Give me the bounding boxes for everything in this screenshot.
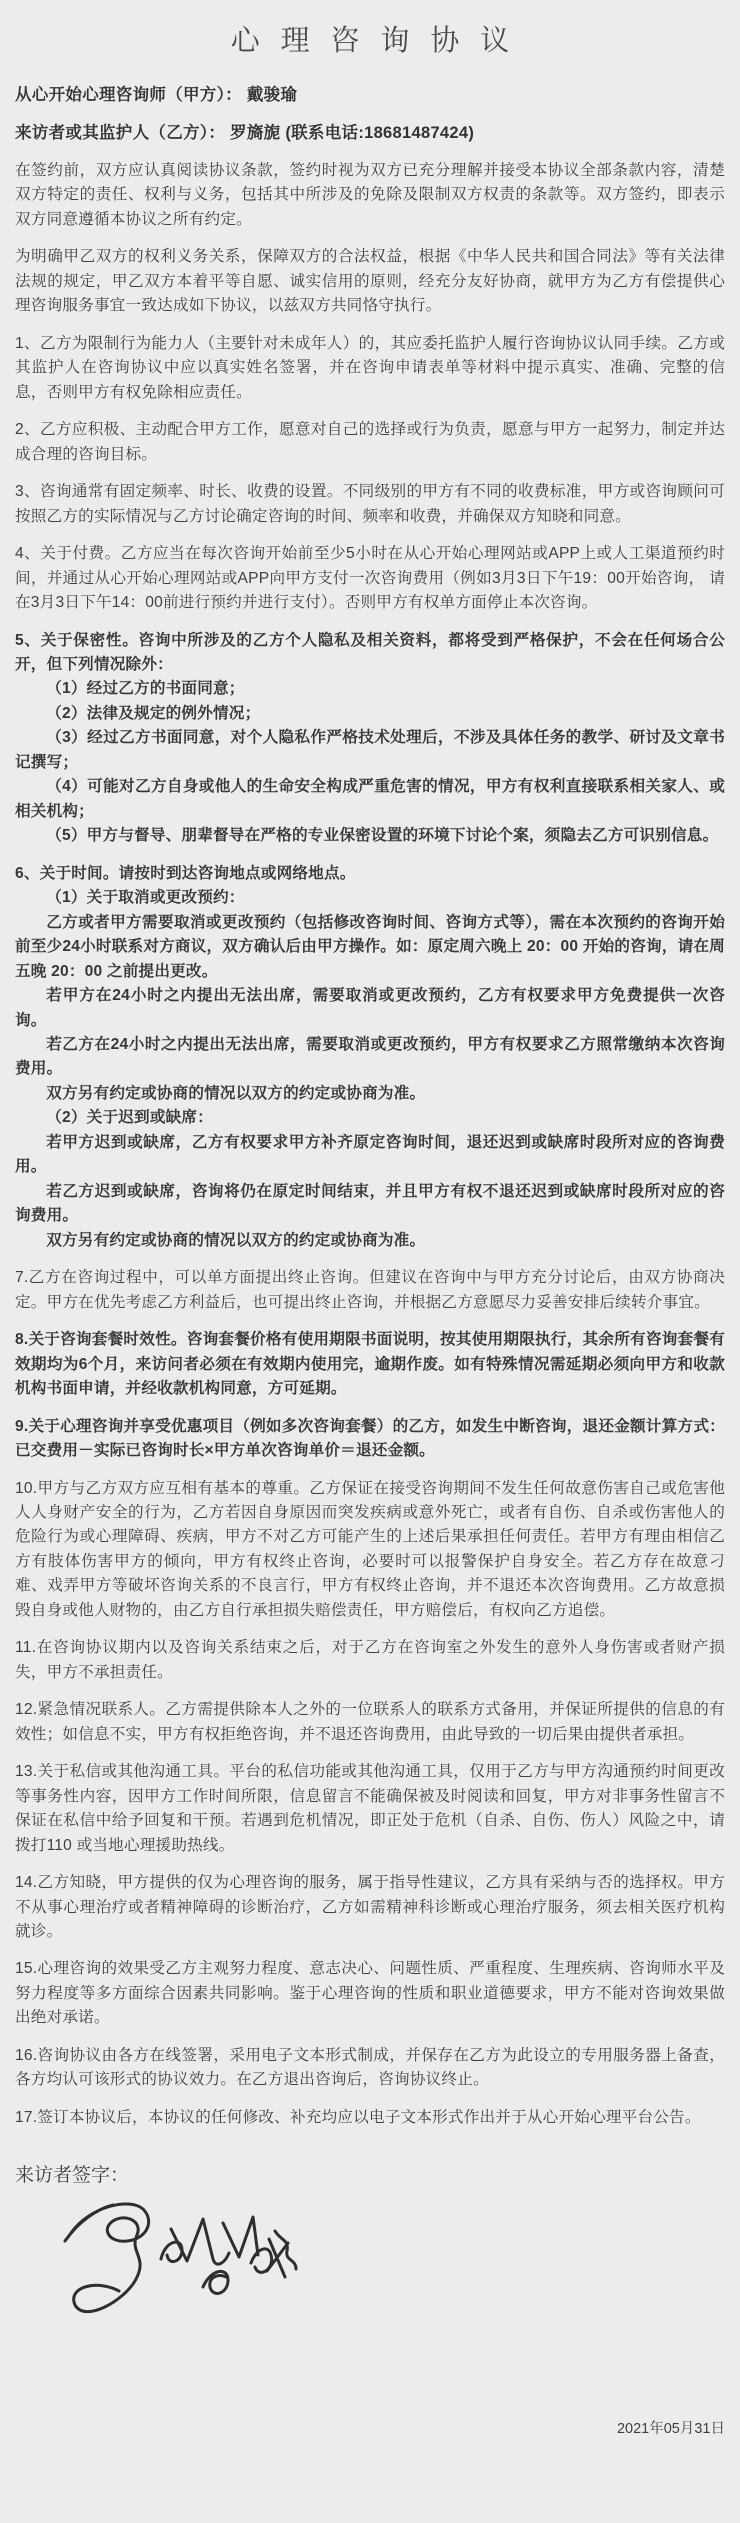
handwritten-signature <box>55 2195 725 2335</box>
clause-group: 17.签订本协议后，本协议的任何修改、补充均应以电子文本形式作出并于从心开始心理… <box>15 2106 725 2130</box>
paragraph: 3、咨询通常有固定频率、时长、收费的设置。不同级别的甲方有不同的收费标准，甲方或… <box>15 480 725 529</box>
clause-group: 1、乙方为限制行为能力人（主要针对未成年人）的，其应委托监护人履行咨询协议认同手… <box>15 332 725 405</box>
visitor-signature-label: 来访者签字： <box>15 2160 725 2187</box>
document-title: 心理咨询协议 <box>15 18 725 59</box>
paragraph: 若甲方迟到或缺席，乙方有权要求甲方补齐原定咨询时间，退还迟到或缺席时段所对应的咨… <box>15 1131 725 1180</box>
paragraph: 16.咨询协议由各方在线签署，采用电子文本形式制成，并保存在乙方为此设立的专用服… <box>15 2044 725 2093</box>
paragraph: 6、关于时间。请按时到达咨询地点或网络地点。 <box>15 862 725 886</box>
paragraph: 乙方或者甲方需要取消或更改预约（包括修改咨询时间、咨询方式等），需在本次预约的咨… <box>15 911 725 984</box>
party-a-line: 从心开始心理咨询师（甲方）： 戴骏瑜 <box>15 81 725 105</box>
clause-group: 7.乙方在咨询过程中，可以单方面提出终止咨询。但建议在咨询中与甲方充分讨论后，由… <box>15 1266 725 1315</box>
paragraph: （4）可能对乙方自身或他人的生命安全构成严重危害的情况，甲方有权利直接联系相关家… <box>15 775 725 824</box>
clause-group: 16.咨询协议由各方在线签署，采用电子文本形式制成，并保存在乙方为此设立的专用服… <box>15 2044 725 2093</box>
paragraph: 9.关于心理咨询并享受优惠项目（例如多次咨询套餐）的乙方，如发生中断咨询，退还金… <box>15 1415 725 1464</box>
paragraph: 若甲方在24小时之内提出无法出席，需要取消或更改预约，乙方有权要求甲方免费提供一… <box>15 984 725 1033</box>
paragraph: （5）甲方与督导、朋辈督导在严格的专业保密设置的环境下讨论个案，须隐去乙方可识别… <box>15 824 725 848</box>
paragraph: 11.在咨询协议期内以及咨询关系结束之后，对于乙方在咨询室之外发生的意外人身伤害… <box>15 1636 725 1685</box>
paragraph: （1）经过乙方的书面同意； <box>15 677 725 701</box>
clause-group: 9.关于心理咨询并享受优惠项目（例如多次咨询套餐）的乙方，如发生中断咨询，退还金… <box>15 1415 725 1464</box>
clause-group: 8.关于咨询套餐时效性。咨询套餐价格有使用期限书面说明，按其使用期限执行，其余所… <box>15 1328 725 1401</box>
paragraph: （3）经过乙方书面同意，对个人隐私作严格技术处理后，不涉及具体任务的教学、研讨及… <box>15 726 725 775</box>
paragraph: 10.甲方与乙方双方应互相有基本的尊重。乙方保证在接受咨询期间不发生任何故意伤害… <box>15 1477 725 1624</box>
clause-group: 12.紧急情况联系人。乙方需提供除本人之外的一位联系人的联系方式备用，并保证所提… <box>15 1698 725 1747</box>
paragraph: 4、关于付费。乙方应当在每次咨询开始前至少5小时在从心开始心理网站或APP上或人… <box>15 542 725 615</box>
paragraph: 双方另有约定或协商的情况以双方的约定或协商为准。 <box>15 1082 725 1106</box>
signing-date: 2021年05月31日 <box>15 2417 725 2438</box>
paragraph: 12.紧急情况联系人。乙方需提供除本人之外的一位联系人的联系方式备用，并保证所提… <box>15 1698 725 1747</box>
clause-group: 14.乙方知晓，甲方提供的仅为心理咨询的服务，属于指导性建议，乙方具有采纳与否的… <box>15 1871 725 1944</box>
clause-group: 4、关于付费。乙方应当在每次咨询开始前至少5小时在从心开始心理网站或APP上或人… <box>15 542 725 615</box>
paragraph: 5、关于保密性。咨询中所涉及的乙方个人隐私及相关资料，都将受到严格保护，不会在任… <box>15 629 725 678</box>
clause-group: 10.甲方与乙方双方应互相有基本的尊重。乙方保证在接受咨询期间不发生任何故意伤害… <box>15 1477 725 1624</box>
clause-group: 6、关于时间。请按时到达咨询地点或网络地点。（1）关于取消或更改预约：乙方或者甲… <box>15 862 725 1254</box>
paragraph: 15.心理咨询的效果受乙方主观努力程度、意志决心、问题性质、严重程度、生理疾病、… <box>15 1957 725 2030</box>
clause-group: 2、乙方应积极、主动配合甲方工作，愿意对自己的选择或行为负责，愿意与甲方一起努力… <box>15 418 725 467</box>
paragraph: 13.关于私信或其他沟通工具。平台的私信功能或其他沟通工具，仅用于乙方与甲方沟通… <box>15 1760 725 1858</box>
clause-group: 在签约前，双方应认真阅读协议条款，签约时视为双方已充分理解并接受本协议全部条款内… <box>15 159 725 232</box>
paragraph: 14.乙方知晓，甲方提供的仅为心理咨询的服务，属于指导性建议，乙方具有采纳与否的… <box>15 1871 725 1944</box>
paragraph: 若乙方迟到或缺席，咨询将仍在原定时间结束，并且甲方有权不退还迟到或缺席时段所对应… <box>15 1180 725 1229</box>
paragraph: 为明确甲乙双方的权利义务关系，保障双方的合法权益，根据《中华人民共和国合同法》等… <box>15 245 725 318</box>
paragraph: 在签约前，双方应认真阅读协议条款，签约时视为双方已充分理解并接受本协议全部条款内… <box>15 159 725 232</box>
paragraph: （2）法律及规定的例外情况； <box>15 702 725 726</box>
paragraph: 7.乙方在咨询过程中，可以单方面提出终止咨询。但建议在咨询中与甲方充分讨论后，由… <box>15 1266 725 1315</box>
paragraph: 双方另有约定或协商的情况以双方的约定或协商为准。 <box>15 1229 725 1253</box>
paragraph: 1、乙方为限制行为能力人（主要针对未成年人）的，其应委托监护人履行咨询协议认同手… <box>15 332 725 405</box>
agreement-body: 在签约前，双方应认真阅读协议条款，签约时视为双方已充分理解并接受本协议全部条款内… <box>15 159 725 2130</box>
party-b-line: 来访者或其监护人（乙方）： 罗旖旎 (联系电话:18681487424) <box>15 119 725 143</box>
signature-scribble-icon <box>55 2195 305 2335</box>
clause-group: 5、关于保密性。咨询中所涉及的乙方个人隐私及相关资料，都将受到严格保护，不会在任… <box>15 629 725 849</box>
clause-group: 为明确甲乙双方的权利义务关系，保障双方的合法权益，根据《中华人民共和国合同法》等… <box>15 245 725 318</box>
clause-group: 11.在咨询协议期内以及咨询关系结束之后，对于乙方在咨询室之外发生的意外人身伤害… <box>15 1636 725 1685</box>
clause-group: 15.心理咨询的效果受乙方主观努力程度、意志决心、问题性质、严重程度、生理疾病、… <box>15 1957 725 2030</box>
paragraph: （2）关于迟到或缺席： <box>15 1106 725 1130</box>
paragraph: 8.关于咨询套餐时效性。咨询套餐价格有使用期限书面说明，按其使用期限执行，其余所… <box>15 1328 725 1401</box>
agreement-page: 心理咨询协议 从心开始心理咨询师（甲方）： 戴骏瑜 来访者或其监护人（乙方）： … <box>0 0 740 2523</box>
paragraph: 2、乙方应积极、主动配合甲方工作，愿意对自己的选择或行为负责，愿意与甲方一起努力… <box>15 418 725 467</box>
clause-group: 3、咨询通常有固定频率、时长、收费的设置。不同级别的甲方有不同的收费标准，甲方或… <box>15 480 725 529</box>
paragraph: 若乙方在24小时之内提出无法出席，需要取消或更改预约，甲方有权要求乙方照常缴纳本… <box>15 1033 725 1082</box>
paragraph: 17.签订本协议后，本协议的任何修改、补充均应以电子文本形式作出并于从心开始心理… <box>15 2106 725 2130</box>
clause-group: 13.关于私信或其他沟通工具。平台的私信功能或其他沟通工具，仅用于乙方与甲方沟通… <box>15 1760 725 1858</box>
paragraph: （1）关于取消或更改预约： <box>15 886 725 910</box>
